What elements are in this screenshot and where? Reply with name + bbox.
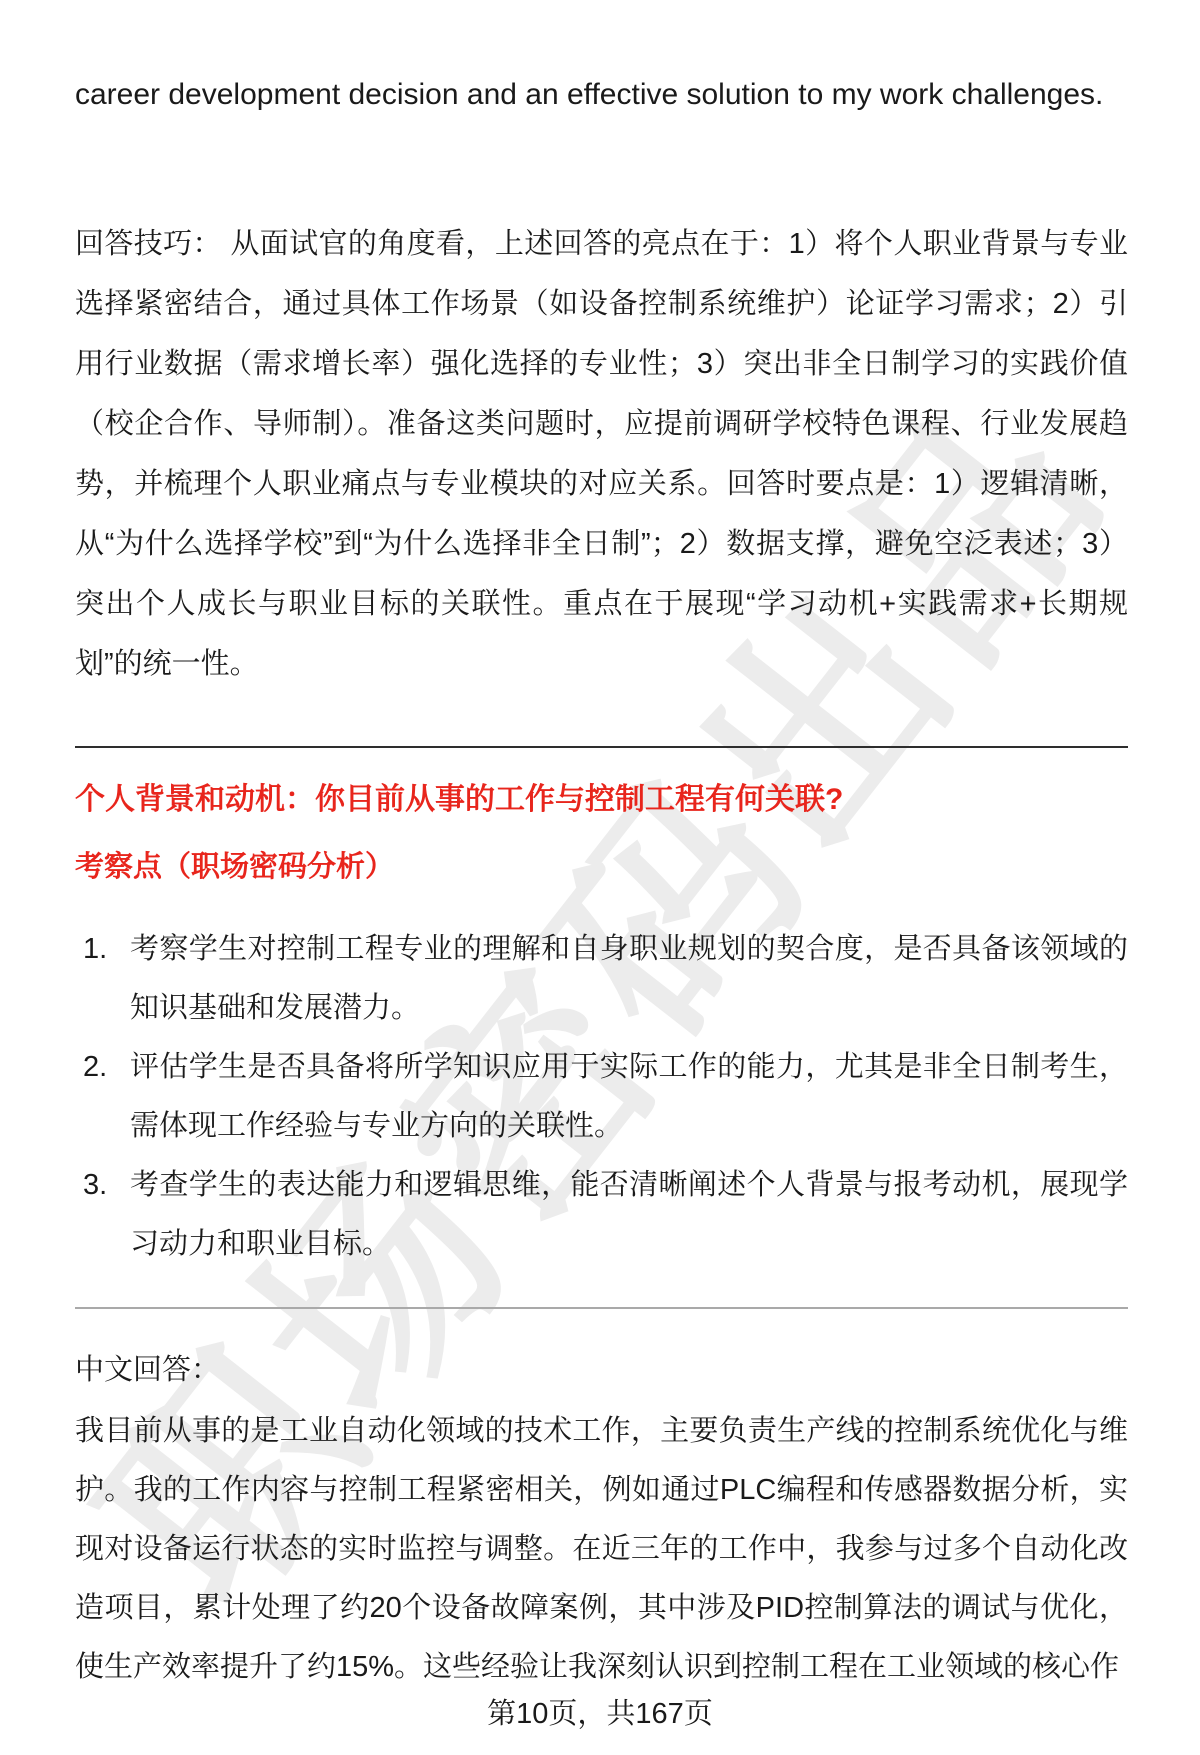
assessment-heading: 考察点（职场密码分析） bbox=[75, 849, 1128, 885]
english-paragraph-fragment: career development decision and an effec… bbox=[75, 66, 1128, 124]
chinese-answer-label: 中文回答： bbox=[75, 1354, 1128, 1386]
page-content: career development decision and an effec… bbox=[75, 0, 1128, 1755]
question-title: 个人背景和动机：你目前从事的工作与控制工程有何关联? bbox=[75, 782, 1128, 818]
list-item-text: 评估学生是否具备将所学知识应用于实际工作的能力，尤其是非全日制考生，需体现工作经… bbox=[130, 1051, 1128, 1142]
answer-technique-paragraph: 回答技巧： 从面试官的角度看，上述回答的亮点在于：1）将个人职业背景与专业选择紧… bbox=[75, 214, 1128, 694]
list-item-text: 考查学生的表达能力和逻辑思维，能否清晰阐述个人背景与报考动机，展现学习动力和职业… bbox=[130, 1169, 1128, 1260]
section-divider-bottom bbox=[75, 1307, 1128, 1309]
assessment-points-list: 1.考察学生对控制工程专业的理解和自身职业规划的契合度，是否具备该领域的知识基础… bbox=[75, 920, 1128, 1274]
list-item-number: 2. bbox=[83, 1038, 107, 1097]
chinese-answer-paragraph: 我目前从事的是工业自动化领域的技术工作，主要负责生产线的控制系统优化与维护。我的… bbox=[75, 1402, 1128, 1697]
list-item-number: 1. bbox=[83, 920, 107, 979]
list-item: 3.考查学生的表达能力和逻辑思维，能否清晰阐述个人背景与报考动机，展现学习动力和… bbox=[75, 1156, 1128, 1274]
section-divider-top bbox=[75, 746, 1128, 748]
page-number-footer: 第10页，共167页 bbox=[0, 1697, 1200, 1731]
list-item-number: 3. bbox=[83, 1156, 107, 1215]
document-page: 职场密码出品 career development decision and a… bbox=[0, 0, 1200, 1755]
list-item: 1.考察学生对控制工程专业的理解和自身职业规划的契合度，是否具备该领域的知识基础… bbox=[75, 920, 1128, 1038]
list-item: 2.评估学生是否具备将所学知识应用于实际工作的能力，尤其是非全日制考生，需体现工… bbox=[75, 1038, 1128, 1156]
list-item-text: 考察学生对控制工程专业的理解和自身职业规划的契合度，是否具备该领域的知识基础和发… bbox=[130, 933, 1128, 1024]
